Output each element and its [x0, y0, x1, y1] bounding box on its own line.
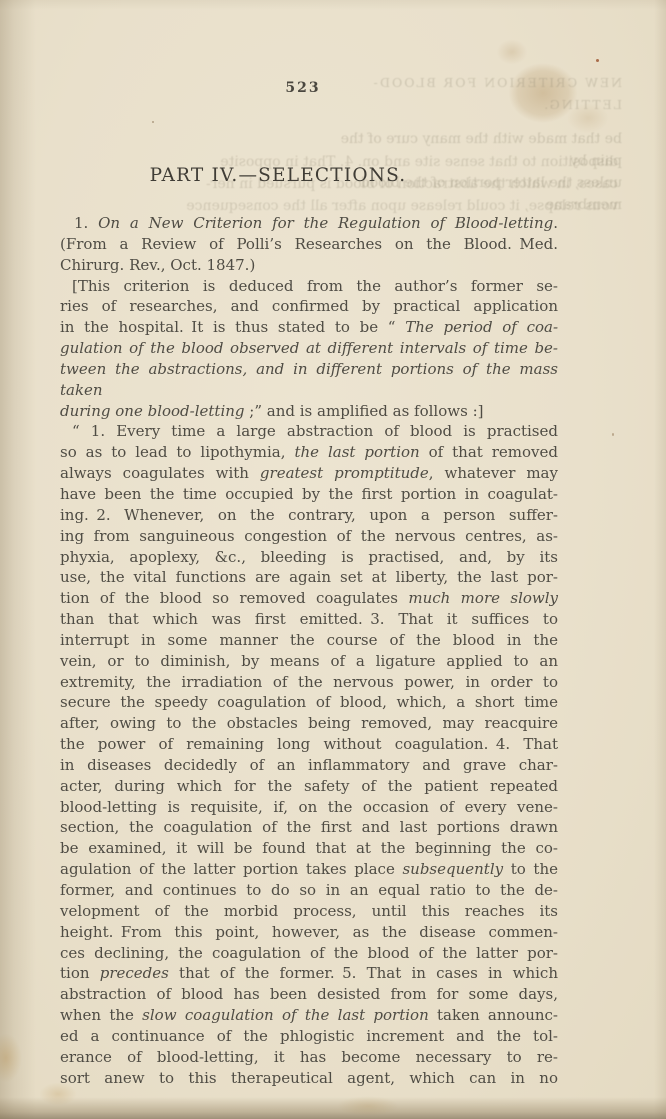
- text-run: blood-letting is requisite, if, on the o…: [60, 798, 558, 816]
- text-line: (From a Review of Polli’s Researches on …: [60, 234, 558, 255]
- text-line: [This criterion is deduced from the auth…: [60, 276, 558, 297]
- ink-speck: [152, 121, 154, 123]
- text-run: “ 1. Every time a large abstraction of b…: [72, 422, 558, 440]
- ink-speck: [612, 433, 614, 436]
- text-line: former, and continues to do so in an equ…: [60, 880, 558, 901]
- text-line: ces declining, the coagulation of the bl…: [60, 943, 558, 964]
- text-run: to the: [503, 860, 558, 878]
- text-run: so as to lead to lipothymia,: [60, 443, 294, 461]
- text-line: section, the coagulation of the first an…: [60, 817, 558, 838]
- text-run: ing. 2. Whenever, on the contrary, upon …: [60, 506, 558, 524]
- italic-text-run: subsequently: [402, 860, 503, 878]
- italic-text-run: gulation of the blood observed at differ…: [60, 339, 558, 357]
- text-line: height. From this point, however, as the…: [60, 922, 558, 943]
- text-run: phyxia, apoplexy, &c., bleeding is pract…: [60, 548, 558, 566]
- text-run: ed a continuance of the phlogistic incre…: [60, 1027, 558, 1045]
- italic-text-run: On a New Criterion for the Regulation of…: [98, 214, 553, 232]
- text-line: in the hospital. It is thus stated to be…: [60, 317, 558, 338]
- text-run: velopment of the morbid process, until t…: [60, 902, 558, 920]
- text-line: erance of blood-letting, it has become n…: [60, 1047, 558, 1068]
- text-line: sort anew to this therapeutical agent, w…: [60, 1068, 558, 1089]
- text-line: always coagulates with greatest promptit…: [60, 463, 558, 484]
- text-line: gulation of the blood observed at differ…: [60, 338, 558, 359]
- text-run: sort anew to this therapeutical agent, w…: [60, 1069, 558, 1087]
- text-run: ries of researches, and confirmed by pra…: [60, 297, 558, 315]
- text-run: .: [553, 214, 558, 232]
- text-run: in the hospital. It is thus stated to be…: [60, 318, 405, 336]
- text-run: than that which was first emitted. 3. Th…: [60, 610, 558, 628]
- text-line: phyxia, apoplexy, &c., bleeding is pract…: [60, 547, 558, 568]
- text-line: have been the time occupied by the first…: [60, 484, 558, 505]
- text-line: ed a continuance of the phlogistic incre…: [60, 1026, 558, 1047]
- text-run: always coagulates with: [60, 464, 260, 482]
- italic-text-run: The period of coa-: [405, 318, 558, 336]
- text-run: ing from sanguineous congestion of the n…: [60, 527, 558, 545]
- text-run: the power of remaining long without coag…: [60, 735, 558, 753]
- italic-text-run: during one blood-letting: [60, 402, 245, 420]
- text-line: extremity, the irradiation of the nervou…: [60, 672, 558, 693]
- text-line: after, owing to the obstacles being remo…: [60, 713, 558, 734]
- text-run: acter, during which for the safety of th…: [60, 777, 558, 795]
- text-run: former, and continues to do so in an equ…: [60, 881, 558, 899]
- italic-text-run: much more slowly: [408, 589, 558, 607]
- text-run: ;” and is amplified as follows :]: [245, 402, 484, 420]
- bleedthrough-line: NEW CRITERION FOR BLOOD-LETTING.: [330, 72, 622, 116]
- text-line: 1. On a New Criterion for the Regulation…: [60, 213, 558, 234]
- text-run: extremity, the irradiation of the nervou…: [60, 673, 558, 691]
- text-line: ries of researches, and confirmed by pra…: [60, 296, 558, 317]
- ink-speck: [596, 59, 599, 62]
- text-run: have been the time occupied by the first…: [60, 485, 558, 503]
- scanned-page: NEW CRITERION FOR BLOOD-LETTING.be that …: [0, 0, 666, 1119]
- text-run: in diseases decidedly of an inflammatory…: [60, 756, 558, 774]
- text-line: acter, during which for the safety of th…: [60, 776, 558, 797]
- text-run: tion of the blood so removed coagulates: [60, 589, 408, 607]
- text-run: that of the former. 5. That in cases in …: [169, 964, 558, 982]
- text-run: be examined, it will be found that at th…: [60, 839, 558, 857]
- text-run: erance of blood-letting, it has become n…: [60, 1048, 558, 1066]
- text-line: agulation of the latter portion takes pl…: [60, 859, 558, 880]
- text-run: height. From this point, however, as the…: [60, 923, 558, 941]
- text-run: [This criterion is deduced from the auth…: [72, 277, 558, 295]
- section-heading: PART IV.—SELECTIONS.: [29, 165, 527, 186]
- text-run: tion: [60, 964, 100, 982]
- text-run: interrupt in some manner the course of t…: [60, 631, 558, 649]
- text-line: secure the speedy coagulation of blood, …: [60, 692, 558, 713]
- text-line: than that which was first emitted. 3. Th…: [60, 609, 558, 630]
- text-line: “ 1. Every time a large abstraction of b…: [60, 421, 558, 442]
- text-run: secure the speedy coagulation of blood, …: [60, 693, 558, 711]
- text-run: , whatever may: [429, 464, 558, 482]
- text-line: interrupt in some manner the course of t…: [60, 630, 558, 651]
- text-run: Chirurg. Rev., Oct. 1847.): [60, 256, 255, 274]
- text-run: agulation of the latter portion takes pl…: [60, 860, 402, 878]
- text-line: tion of the blood so removed coagulates …: [60, 588, 558, 609]
- text-line: when the slow coagulation of the last po…: [60, 1005, 558, 1026]
- text-line: in diseases decidedly of an inflammatory…: [60, 755, 558, 776]
- text-run: vein, or to diminish, by means of a liga…: [60, 652, 558, 670]
- text-run: ces declining, the coagulation of the bl…: [60, 944, 558, 962]
- text-run: use, the vital functions are again set a…: [60, 568, 558, 586]
- text-line: tween the abstractions, and in different…: [60, 359, 558, 401]
- text-line: ing from sanguineous congestion of the n…: [60, 526, 558, 547]
- text-run: of that removed: [420, 443, 558, 461]
- italic-text-run: tween the abstractions, and in different…: [60, 360, 558, 399]
- text-run: (From a Review of Polli’s Researches on …: [60, 235, 558, 253]
- text-line: the power of remaining long without coag…: [60, 734, 558, 755]
- body-text: 1. On a New Criterion for the Regulation…: [60, 213, 558, 1088]
- text-line: during one blood-letting ;” and is ampli…: [60, 401, 558, 422]
- italic-text-run: the last portion: [294, 443, 419, 461]
- text-run: abstraction of blood has been desisted f…: [60, 985, 558, 1003]
- text-line: so as to lead to lipothymia, the last po…: [60, 442, 558, 463]
- text-run: when the: [60, 1006, 142, 1024]
- text-line: Chirurg. Rev., Oct. 1847.): [60, 255, 558, 276]
- text-line: abstraction of blood has been desisted f…: [60, 984, 558, 1005]
- text-line: vein, or to diminish, by means of a liga…: [60, 651, 558, 672]
- text-run: after, owing to the obstacles being remo…: [60, 714, 558, 732]
- text-line: blood-letting is requisite, if, on the o…: [60, 797, 558, 818]
- text-line: ing. 2. Whenever, on the contrary, upon …: [60, 505, 558, 526]
- text-run: taken announc-: [429, 1006, 558, 1024]
- text-run: 1.: [74, 214, 98, 232]
- italic-text-run: precedes: [100, 964, 169, 982]
- italic-text-run: greatest promptitude: [260, 464, 429, 482]
- text-line: tion precedes that of the former. 5. Tha…: [60, 963, 558, 984]
- text-line: be examined, it will be found that at th…: [60, 838, 558, 859]
- text-line: velopment of the morbid process, until t…: [60, 901, 558, 922]
- italic-text-run: slow coagulation of the last portion: [142, 1006, 429, 1024]
- text-run: section, the coagulation of the first an…: [60, 818, 558, 836]
- text-line: use, the vital functions are again set a…: [60, 567, 558, 588]
